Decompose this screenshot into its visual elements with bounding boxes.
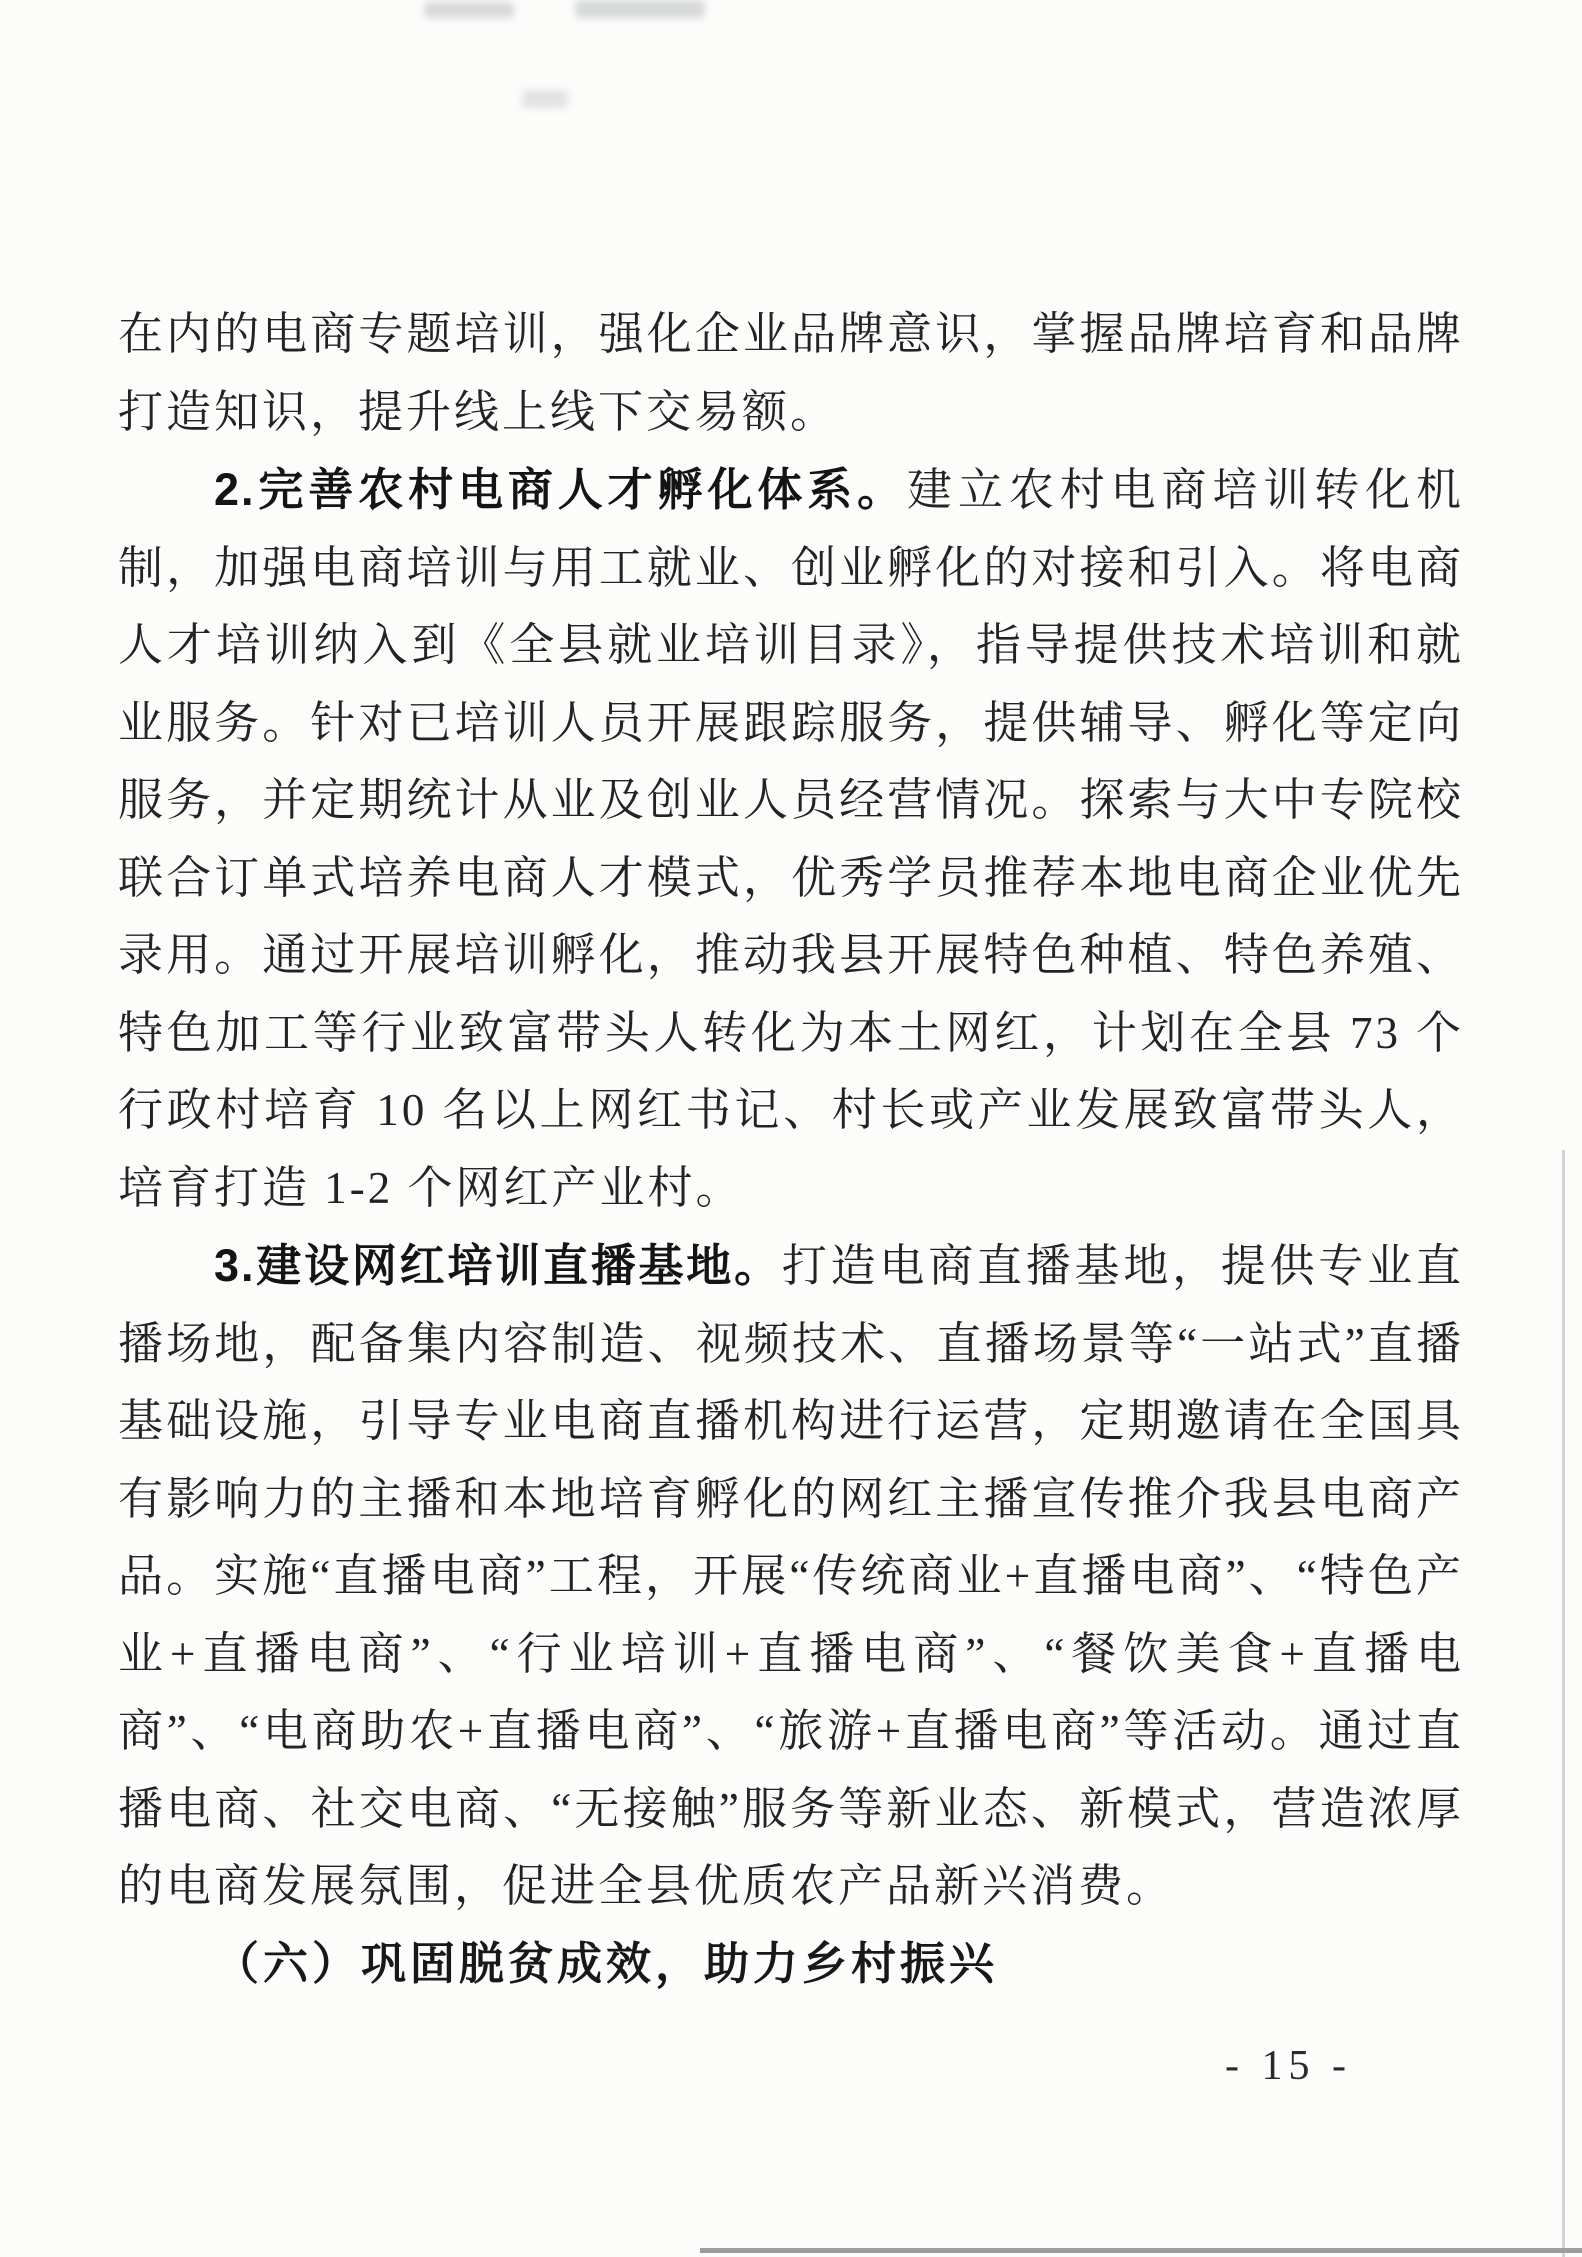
- document-body: 在内的电商专题培训，强化企业品牌意识，掌握品牌培育和品牌打造知识，提升线上线下交…: [118, 296, 1464, 2003]
- paragraph-section-2: 2.完善农村电商人才孵化体系。建立农村电商培训转化机制，加强电商培训与用工就业、…: [118, 451, 1464, 1227]
- section-6-heading-text: （六）巩固脱贫成效，助力乡村振兴: [214, 1939, 998, 1989]
- section-3-body-text: 打造电商直播基地，提供专业直播场地，配备集内容制造、视频技术、直播场景等“一站式…: [118, 1241, 1464, 1911]
- scan-smudge-artifact: [522, 90, 568, 108]
- paragraph-continuation-text: 在内的电商专题培训，强化企业品牌意识，掌握品牌培育和品牌打造知识，提升线上线下交…: [118, 309, 1464, 437]
- scan-page-edge-bottom: [700, 2248, 1582, 2253]
- document-page: 在内的电商专题培训，强化企业品牌意识，掌握品牌培育和品牌打造知识，提升线上线下交…: [0, 0, 1582, 2257]
- scan-smudge-artifact: [575, 0, 705, 18]
- scan-page-edge-right: [1562, 1150, 1565, 2257]
- paragraph-continuation: 在内的电商专题培训，强化企业品牌意识，掌握品牌培育和品牌打造知识，提升线上线下交…: [118, 296, 1464, 451]
- section-2-body-text: 建立农村电商培训转化机制，加强电商培训与用工就业、创业孵化的对接和引入。将电商人…: [118, 465, 1464, 1213]
- scan-smudge-artifact: [424, 2, 514, 18]
- section-2-heading: 2.完善农村电商人才孵化体系。: [214, 464, 907, 515]
- paragraph-section-3: 3.建设网红培训直播基地。打造电商直播基地，提供专业直播场地，配备集内容制造、视…: [118, 1227, 1464, 1926]
- page-number: - 15 -: [1225, 2042, 1352, 2090]
- paragraph-section-6-heading: （六）巩固脱贫成效，助力乡村振兴: [118, 1926, 1464, 2004]
- section-3-heading: 3.建设网红培训直播基地。: [214, 1240, 782, 1291]
